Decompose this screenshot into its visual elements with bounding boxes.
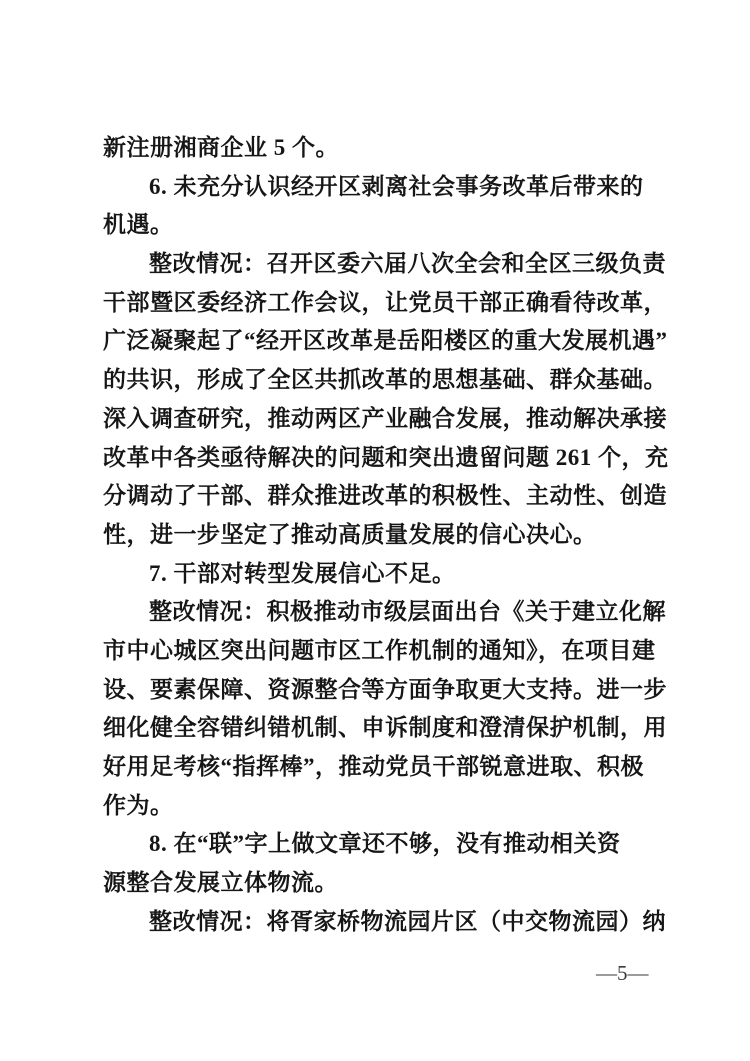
document-page: 新注册湘商企业 5 个。6. 未充分认识经开区剥离社会事务改革后带来的机遇。整改… [0,0,750,1061]
text-line-rectification-status-7-4: 好用足考核“指挥棒”，推动党员干部锐意进取、积极 [103,748,665,787]
text-line-rectification-status-6-5: 改革中各类亟待解决的问题和突出遗留问题 261 个，充 [103,439,665,478]
text-line-problem-item-8-0: 8. 在“联”字上做文章还不够，没有推动相关资 [103,825,665,864]
text-line-rectification-status-6-4: 深入调查研究，推动两区产业融合发展，推动解决承接 [103,400,665,439]
text-line-rectification-status-7-0: 整改情况：积极推动市级层面出台《关于建立化解 [103,593,665,632]
text-line-problem-item-8-1: 源整合发展立体物流。 [103,864,665,903]
text-line-problem-item-7-0: 7. 干部对转型发展信心不足。 [103,555,665,594]
text-line-rectification-status-6-2: 广泛凝聚起了“经开区改革是岳阳楼区的重大发展机遇” [103,322,665,361]
text-line-rectification-status-6-1: 干部暨区委经济工作会议，让党员干部正确看待改革， [103,284,665,323]
text-line-rectification-status-7-2: 设、要素保障、资源整合等方面争取更大支持。进一步 [103,671,665,710]
text-line-rectification-status-6-6: 分调动了干部、群众推进改革的积极性、主动性、创造 [103,477,665,516]
text-line-rectification-status-6-0: 整改情况：召开区委六届八次全会和全区三级负责 [103,245,665,284]
text-line-rectification-status-6-7: 性，进一步坚定了推动高质量发展的信心决心。 [103,516,665,555]
text-line-rectification-status-7-5: 作为。 [103,787,665,826]
text-line-problem-item-6-1: 机遇。 [103,206,665,245]
text-line-rectification-continuation-0: 新注册湘商企业 5 个。 [103,129,665,168]
text-line-rectification-status-7-1: 市中心城区突出问题市区工作机制的通知》，在项目建 [103,632,665,671]
text-line-rectification-status-7-3: 细化健全容错纠错机制、申诉制度和澄清保护机制，用 [103,709,665,748]
text-line-rectification-status-8-0: 整改情况：将胥家桥物流园片区（中交物流园）纳 [103,903,665,942]
document-text-body: 新注册湘商企业 5 个。6. 未充分认识经开区剥离社会事务改革后带来的机遇。整改… [103,129,665,941]
text-line-problem-item-6-0: 6. 未充分认识经开区剥离社会事务改革后带来的 [103,168,665,207]
page-number: —5— [596,960,649,986]
text-line-rectification-status-6-3: 的共识，形成了全区共抓改革的思想基础、群众基础。 [103,361,665,400]
